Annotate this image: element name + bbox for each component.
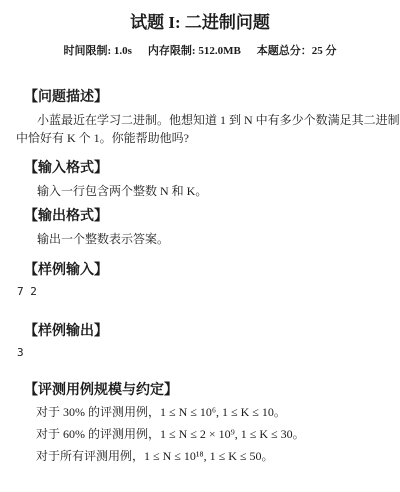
problem-statement-page: 试题 I: 二进制问题 时间限制: 1.0s 内存限制: 512.0MB 本题总… — [0, 0, 400, 492]
section-constraints: 【评测用例规模与约定】 对于 30% 的评测用例，1 ≤ N ≤ 10⁶, 1 … — [0, 383, 400, 467]
output-format-line: 输出一个整数表示答案。 — [37, 230, 400, 248]
constraint-line-all: 对于所有评测用例，1 ≤ N ≤ 10¹⁸, 1 ≤ K ≤ 50。 — [36, 445, 400, 467]
problem-description-heading: 【问题描述】 — [24, 90, 400, 106]
section-sample-input: 【样例输入】 7 2 — [0, 263, 400, 298]
problem-description-line: 小蓝最近在学习二进制。他想知道 1 到 N 中有多少个数满足其二进制表示 — [37, 111, 400, 129]
memory-limit: 内存限制: 512.0MB — [148, 44, 241, 58]
section-output-format: 【输出格式】 输出一个整数表示答案。 — [0, 209, 400, 248]
input-format-heading: 【输入格式】 — [24, 161, 400, 177]
problem-description-line: 中恰好有 K 个 1。你能帮助他吗? — [16, 129, 400, 147]
section-problem-description: 【问题描述】 小蓝最近在学习二进制。他想知道 1 到 N 中有多少个数满足其二进… — [0, 90, 400, 147]
constraint-line-30-percent: 对于 30% 的评测用例，1 ≤ N ≤ 10⁶, 1 ≤ K ≤ 10。 — [36, 401, 400, 423]
sample-output-code: 3 — [17, 346, 400, 359]
constraint-line-60-percent: 对于 60% 的评测用例，1 ≤ N ≤ 2 × 10⁹, 1 ≤ K ≤ 30… — [36, 423, 400, 445]
section-input-format: 【输入格式】 输入一行包含两个整数 N 和 K。 — [0, 161, 400, 200]
constraints-list: 对于 30% 的评测用例，1 ≤ N ≤ 10⁶, 1 ≤ K ≤ 10。 对于… — [0, 401, 400, 467]
output-format-heading: 【输出格式】 — [24, 209, 400, 225]
total-score: 本题总分：25 分 — [257, 44, 337, 58]
constraints-heading: 【评测用例规模与约定】 — [24, 383, 400, 399]
sample-output-heading: 【样例输出】 — [24, 324, 400, 340]
limits-line: 时间限制: 1.0s 内存限制: 512.0MB 本题总分：25 分 — [0, 44, 400, 58]
time-limit: 时间限制: 1.0s — [63, 44, 131, 58]
sample-input-code: 7 2 — [17, 285, 400, 298]
page-title: 试题 I: 二进制问题 — [0, 0, 400, 34]
section-sample-output: 【样例输出】 3 — [0, 324, 400, 359]
sample-input-heading: 【样例输入】 — [24, 263, 400, 279]
input-format-line: 输入一行包含两个整数 N 和 K。 — [37, 182, 400, 200]
